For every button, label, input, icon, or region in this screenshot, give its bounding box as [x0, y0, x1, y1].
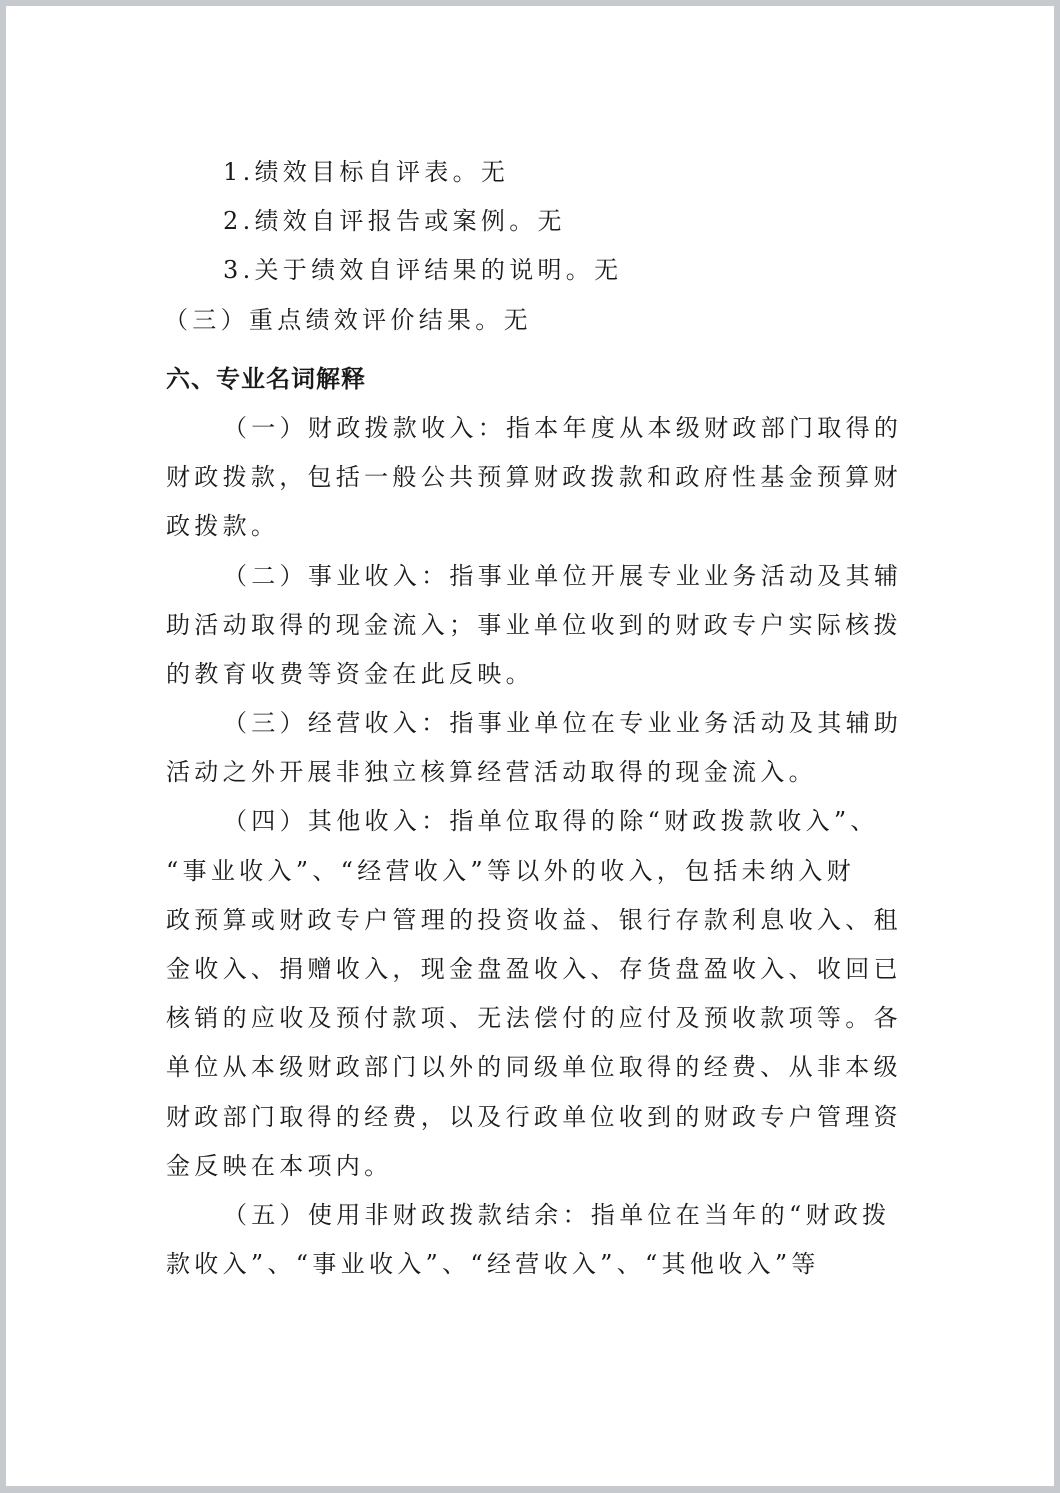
paragraph-line: （一）财政拨款收入：指本年度从本级财政部门取得的: [166, 404, 906, 453]
paragraph-line: 财政部门取得的经费，以及行政单位收到的财政专户管理资: [166, 1093, 906, 1142]
paragraph-line: 单位从本级财政部门以外的同级单位取得的经费、从非本级: [166, 1043, 906, 1092]
section-key-performance-evaluation: （三）重点绩效评价结果。无: [164, 296, 906, 345]
definition-operating-income: （三）经营收入：指事业单位在专业业务活动及其辅助 活动之外开展非独立核算经营活动…: [166, 699, 906, 797]
paragraph-line: 政预算或财政专户管理的投资收益、银行存款利息收入、租: [166, 896, 906, 945]
list-item-performance-self-eval-report: 2.绩效自评报告或案例。无: [166, 197, 906, 246]
paragraph-line: （五）使用非财政拨款结余：指单位在当年的“财政拨: [166, 1191, 906, 1240]
paragraph-line: 助活动取得的现金流入；事业单位收到的财政专户实际核拨: [166, 601, 906, 650]
paragraph-line: 的教育收费等资金在此反映。: [166, 650, 906, 699]
paragraph-line: 金收入、捐赠收入，现金盘盈收入、存货盘盈收入、收回已: [166, 945, 906, 994]
paragraph-line: 政拨款。: [166, 502, 906, 551]
paragraph-line: 财政拨款，包括一般公共预算财政拨款和政府性基金预算财: [166, 453, 906, 502]
list-item-performance-self-eval-table: 1.绩效目标自评表。无: [166, 148, 906, 197]
paragraph-line: （三）经营收入：指事业单位在专业业务活动及其辅助: [166, 699, 906, 748]
paragraph-line: （二）事业收入：指事业单位开展专业业务活动及其辅: [166, 552, 906, 601]
list-item-performance-self-eval-explanation: 3.关于绩效自评结果的说明。无: [166, 246, 906, 295]
document-body: 1.绩效目标自评表。无 2.绩效自评报告或案例。无 3.关于绩效自评结果的说明。…: [166, 148, 906, 1289]
paragraph-line: 活动之外开展非独立核算经营活动取得的现金流入。: [166, 748, 906, 797]
paragraph-line: 款收入”、“事业收入”、“经营收入”、“其他收入”等: [166, 1240, 906, 1289]
paragraph-line: “事业收入”、“经营收入”等以外的收入，包括未纳入财: [166, 847, 906, 896]
definition-other-income: （四）其他收入：指单位取得的除“财政拨款收入”、 “事业收入”、“经营收入”等以…: [166, 797, 906, 1191]
paragraph-line: 金反映在本项内。: [166, 1142, 906, 1191]
definition-fiscal-appropriation-income: （一）财政拨款收入：指本年度从本级财政部门取得的 财政拨款，包括一般公共预算财政…: [166, 404, 906, 552]
document-page: 1.绩效目标自评表。无 2.绩效自评报告或案例。无 3.关于绩效自评结果的说明。…: [6, 6, 1054, 1486]
paragraph-line: 核销的应收及预付款项、无法偿付的应付及预收款项等。各: [166, 994, 906, 1043]
definition-business-income: （二）事业收入：指事业单位开展专业业务活动及其辅 助活动取得的现金流入；事业单位…: [166, 552, 906, 700]
paragraph-line: （四）其他收入：指单位取得的除“财政拨款收入”、: [166, 797, 906, 846]
section-heading-glossary: 六、专业名词解释: [166, 355, 906, 404]
definition-non-fiscal-surplus-usage: （五）使用非财政拨款结余：指单位在当年的“财政拨 款收入”、“事业收入”、“经营…: [166, 1191, 906, 1289]
